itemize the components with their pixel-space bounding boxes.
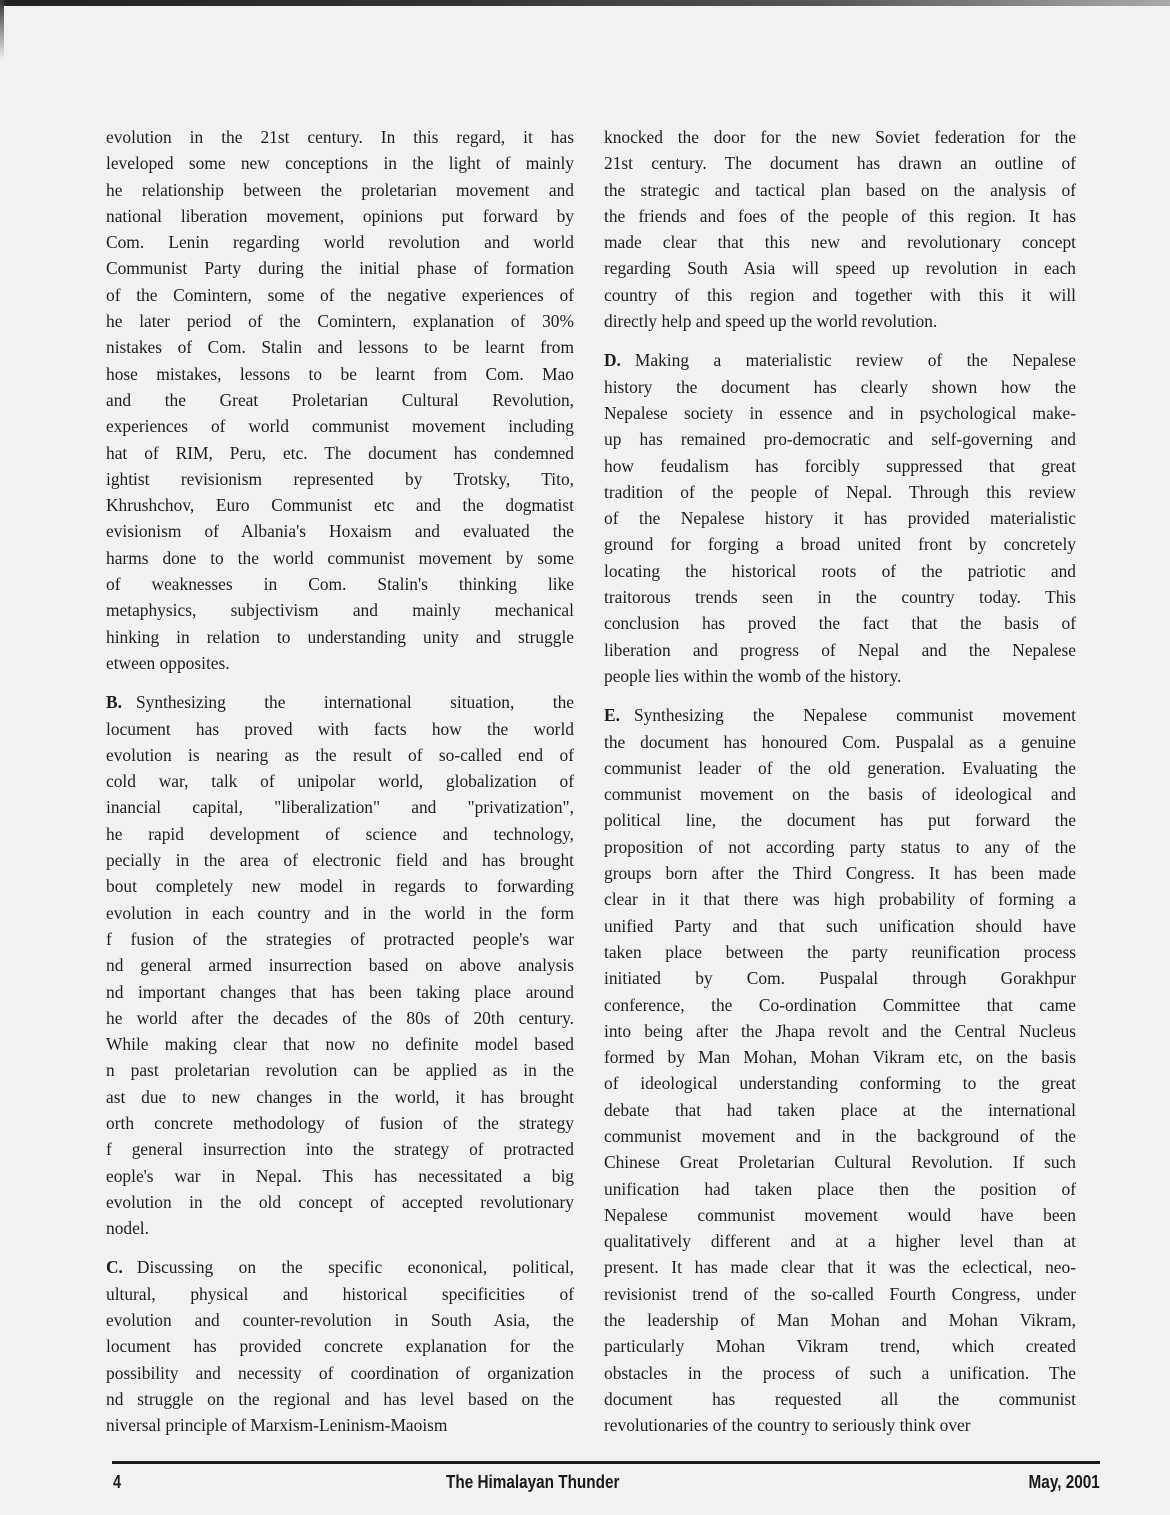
line-text: traitorous trends seen in the country to…	[604, 587, 1076, 607]
text-line: taken place between the party reunificat…	[604, 939, 1076, 965]
line-text: hose mistakes, lessons to be learnt from…	[106, 364, 574, 384]
publication-date: May, 2001	[1029, 1472, 1100, 1493]
text-line: of the Nepalese history it has provided …	[604, 505, 1076, 531]
text-line: qualitatively different and at a higher …	[604, 1228, 1076, 1254]
line-text: Nepalese society in essence and in psych…	[604, 403, 1076, 423]
line-text: evolution and counter-revolution in Sout…	[106, 1310, 574, 1330]
line-text: history the document has clearly shown h…	[604, 377, 1076, 397]
footer-rule	[112, 1461, 1100, 1464]
line-text: obstacles in the process of such a unifi…	[604, 1363, 1076, 1383]
text-line: hinking in relation to understanding uni…	[106, 624, 574, 650]
line-text: formed by Man Mohan, Mohan Vikram etc, o…	[604, 1047, 1076, 1067]
text-line: the leadership of Man Mohan and Mohan Vi…	[604, 1307, 1076, 1333]
text-line: regarding South Asia will speed up revol…	[604, 255, 1076, 281]
text-line: inancial capital, "liberalization" and "…	[106, 794, 574, 820]
text-line: Com. Lenin regarding world revolution an…	[106, 229, 574, 255]
right-column: knocked the door for the new Soviet fede…	[604, 124, 1076, 1452]
scan-edge-top	[0, 0, 1170, 6]
text-line: D.Making a materialistic review of the N…	[604, 347, 1076, 373]
text-line: the document has honoured Com. Puspalal …	[604, 729, 1076, 755]
section-label: B.	[106, 692, 122, 712]
paragraph: B.Synthesizing the international situati…	[106, 689, 574, 1241]
line-text: the leadership of Man Mohan and Mohan Vi…	[604, 1310, 1076, 1330]
text-line: and the Great Proletarian Cultural Revol…	[106, 387, 574, 413]
publication-title: The Himalayan Thunder	[446, 1472, 619, 1493]
line-text: of the Nepalese history it has provided …	[604, 508, 1076, 528]
line-text: the document has honoured Com. Puspalal …	[604, 732, 1076, 752]
section-label: D.	[604, 350, 621, 370]
text-line: 21st century. The document has drawn an …	[604, 150, 1076, 176]
text-line: orth concrete methodology of fusion of t…	[106, 1110, 574, 1136]
line-text: nodel.	[106, 1218, 149, 1238]
line-text: bout completely new model in regards to …	[106, 876, 574, 896]
line-text: locument has proved with facts how the w…	[106, 719, 574, 739]
line-text: he rapid development of science and tech…	[106, 824, 574, 844]
text-line: people lies within the womb of the histo…	[604, 663, 1076, 689]
text-line: bout completely new model in regards to …	[106, 873, 574, 899]
line-text: of the Comintern, some of the negative e…	[106, 285, 574, 305]
line-text: liberation and progress of Nepal and the…	[604, 640, 1076, 660]
line-text: hinking in relation to understanding uni…	[106, 627, 574, 647]
text-line: of weaknesses in Com. Stalin's thinking …	[106, 571, 574, 597]
line-text: niversal principle of Marxism-Leninism-M…	[106, 1415, 447, 1435]
text-line: ultural, physical and historical specifi…	[106, 1281, 574, 1307]
line-text: nd important changes that has been takin…	[106, 982, 574, 1002]
text-line: locument has provided concrete explanati…	[106, 1333, 574, 1359]
text-line: he later period of the Comintern, explan…	[106, 308, 574, 334]
line-text: Synthesizing the Nepalese communist move…	[634, 705, 1076, 725]
line-text: unification had taken place then the pos…	[604, 1179, 1076, 1199]
text-line: evolution is nearing as the result of so…	[106, 742, 574, 768]
text-line: conference, the Co-ordination Committee …	[604, 992, 1076, 1018]
text-line: national liberation movement, opinions p…	[106, 203, 574, 229]
text-line: he rapid development of science and tech…	[106, 821, 574, 847]
text-line: etween opposites.	[106, 650, 574, 676]
text-line: how feudalism has forcibly suppressed th…	[604, 453, 1076, 479]
text-line: revisionist trend of the so-called Fourt…	[604, 1281, 1076, 1307]
paragraph: knocked the door for the new Soviet fede…	[604, 124, 1076, 334]
line-text: metaphysics, subjectivism and mainly mec…	[106, 600, 574, 620]
line-text: document has requested all the communist	[604, 1389, 1076, 1409]
text-line: eople's war in Nepal. This has necessita…	[106, 1163, 574, 1189]
line-text: present. It has made clear that it was t…	[604, 1257, 1076, 1277]
text-line: of ideological understanding conforming …	[604, 1070, 1076, 1096]
text-line: particularly Mohan Vikram trend, which c…	[604, 1333, 1076, 1359]
line-text: revolutionaries of the country to seriou…	[604, 1415, 971, 1435]
text-line: debate that had taken place at the inter…	[604, 1097, 1076, 1123]
text-line: evisionism of Albania's Hoxaism and eval…	[106, 518, 574, 544]
line-text: Khrushchov, Euro Communist etc and the d…	[106, 495, 574, 515]
text-line: possibility and necessity of coordinatio…	[106, 1360, 574, 1386]
text-line: obstacles in the process of such a unifi…	[604, 1360, 1076, 1386]
paragraph: D.Making a materialistic review of the N…	[604, 347, 1076, 689]
text-line: ightist revisionism represented by Trots…	[106, 466, 574, 492]
line-text: into being after the Jhapa revolt and th…	[604, 1021, 1076, 1041]
line-text: evolution in each country and in the wor…	[106, 903, 574, 923]
line-text: orth concrete methodology of fusion of t…	[106, 1113, 574, 1133]
line-text: political line, the document has put for…	[604, 810, 1076, 830]
line-text: made clear that this new and revolutiona…	[604, 232, 1076, 252]
text-line: metaphysics, subjectivism and mainly mec…	[106, 597, 574, 623]
text-line: C.Discussing on the specific econonical,…	[106, 1254, 574, 1280]
text-line: locument has proved with facts how the w…	[106, 716, 574, 742]
line-text: Synthesizing the international situation…	[136, 692, 574, 712]
line-text: f fusion of the strategies of protracted…	[106, 929, 574, 949]
text-line: niversal principle of Marxism-Leninism-M…	[106, 1412, 574, 1438]
text-line: made clear that this new and revolutiona…	[604, 229, 1076, 255]
line-text: ground for forging a broad united front …	[604, 534, 1076, 554]
text-line: nodel.	[106, 1215, 574, 1241]
line-text: locating the historical roots of the pat…	[604, 561, 1076, 581]
text-line: directly help and speed up the world rev…	[604, 308, 1076, 334]
line-text: 21st century. The document has drawn an …	[604, 153, 1076, 173]
line-text: unified Party and that such unification …	[604, 916, 1076, 936]
text-line: Nepalese communist movement would have b…	[604, 1202, 1076, 1228]
line-text: people lies within the womb of the histo…	[604, 666, 901, 686]
line-text: ightist revisionism represented by Trots…	[106, 469, 574, 489]
line-text: the strategic and tactical plan based on…	[604, 180, 1076, 200]
line-text: qualitatively different and at a higher …	[604, 1231, 1076, 1251]
line-text: how feudalism has forcibly suppressed th…	[604, 456, 1076, 476]
text-line: present. It has made clear that it was t…	[604, 1254, 1076, 1280]
line-text: Chinese Great Proletarian Cultural Revol…	[604, 1152, 1076, 1172]
line-text: he later period of the Comintern, explan…	[106, 311, 574, 331]
line-text: leveloped some new conceptions in the li…	[106, 153, 574, 173]
line-text: evolution in the 21st century. In this r…	[106, 127, 574, 147]
text-line: Nepalese society in essence and in psych…	[604, 400, 1076, 426]
text-line: cold war, talk of unipolar world, global…	[106, 768, 574, 794]
text-line: the friends and foes of the people of th…	[604, 203, 1076, 229]
text-line: harms done to the world communist moveme…	[106, 545, 574, 571]
line-text: conference, the Co-ordination Committee …	[604, 995, 1076, 1015]
line-text: groups born after the Third Congress. It…	[604, 863, 1076, 883]
text-line: conclusion has proved the fact that the …	[604, 610, 1076, 636]
line-text: directly help and speed up the world rev…	[604, 311, 937, 331]
line-text: of ideological understanding conforming …	[604, 1073, 1076, 1093]
text-line: leveloped some new conceptions in the li…	[106, 150, 574, 176]
line-text: f general insurrection into the strategy…	[106, 1139, 574, 1159]
line-text: knocked the door for the new Soviet fede…	[604, 127, 1076, 147]
line-text: up has remained pro-democratic and self-…	[604, 429, 1076, 449]
text-line: communist movement and in the background…	[604, 1123, 1076, 1149]
line-text: hat of RIM, Peru, etc. The document has …	[106, 443, 574, 463]
text-line: up has remained pro-democratic and self-…	[604, 426, 1076, 452]
text-line: communist movement on the basis of ideol…	[604, 781, 1076, 807]
text-line: the strategic and tactical plan based on…	[604, 177, 1076, 203]
line-text: Com. Lenin regarding world revolution an…	[106, 232, 574, 252]
line-text: the friends and foes of the people of th…	[604, 206, 1076, 226]
text-line: evolution in each country and in the wor…	[106, 900, 574, 926]
line-text: national liberation movement, opinions p…	[106, 206, 574, 226]
paragraph: C.Discussing on the specific econonical,…	[106, 1254, 574, 1438]
text-line: nd struggle on the regional and has leve…	[106, 1386, 574, 1412]
line-text: nistakes of Com. Stalin and lessons to b…	[106, 337, 574, 357]
text-line: experiences of world communist movement …	[106, 413, 574, 439]
text-line: While making clear that now no definite …	[106, 1031, 574, 1057]
line-text: locument has provided concrete explanati…	[106, 1336, 574, 1356]
text-line: revolutionaries of the country to seriou…	[604, 1412, 1076, 1438]
text-line: Chinese Great Proletarian Cultural Revol…	[604, 1149, 1076, 1175]
line-text: harms done to the world communist moveme…	[106, 548, 574, 568]
line-text: he world after the decades of the 80s of…	[106, 1008, 574, 1028]
line-text: Communist Party during the initial phase…	[106, 258, 574, 278]
text-line: knocked the door for the new Soviet fede…	[604, 124, 1076, 150]
line-text: conclusion has proved the fact that the …	[604, 613, 1076, 633]
text-line: of the Comintern, some of the negative e…	[106, 282, 574, 308]
line-text: communist movement on the basis of ideol…	[604, 784, 1076, 804]
line-text: Discussing on the specific econonical, p…	[137, 1257, 574, 1277]
line-text: eople's war in Nepal. This has necessita…	[106, 1166, 574, 1186]
text-line: communist leader of the old generation. …	[604, 755, 1076, 781]
text-line: evolution in the 21st century. In this r…	[106, 124, 574, 150]
section-label: C.	[106, 1257, 123, 1277]
text-line: f fusion of the strategies of protracted…	[106, 926, 574, 952]
text-line: ast due to new changes in the world, it …	[106, 1084, 574, 1110]
line-text: ultural, physical and historical specifi…	[106, 1284, 574, 1304]
left-column: evolution in the 21st century. In this r…	[106, 124, 574, 1452]
line-text: communist leader of the old generation. …	[604, 758, 1076, 778]
scan-edge-left	[0, 0, 4, 60]
text-line: Communist Party during the initial phase…	[106, 255, 574, 281]
text-line: country of this region and together with…	[604, 282, 1076, 308]
line-text: taken place between the party reunificat…	[604, 942, 1076, 962]
page-number: 4	[113, 1472, 121, 1493]
text-line: initiated by Com. Puspalal through Gorak…	[604, 965, 1076, 991]
line-text: Nepalese communist movement would have b…	[604, 1205, 1076, 1225]
text-line: he world after the decades of the 80s of…	[106, 1005, 574, 1031]
line-text: communist movement and in the background…	[604, 1126, 1076, 1146]
line-text: ast due to new changes in the world, it …	[106, 1087, 574, 1107]
text-line: nd important changes that has been takin…	[106, 979, 574, 1005]
text-line: evolution in the old concept of accepted…	[106, 1189, 574, 1215]
text-line: clear in it that there was high probabil…	[604, 886, 1076, 912]
text-line: history the document has clearly shown h…	[604, 374, 1076, 400]
line-text: experiences of world communist movement …	[106, 416, 574, 436]
line-text: evisionism of Albania's Hoxaism and eval…	[106, 521, 574, 541]
line-text: Making a materialistic review of the Nep…	[635, 350, 1076, 370]
text-line: evolution and counter-revolution in Sout…	[106, 1307, 574, 1333]
text-line: Khrushchov, Euro Communist etc and the d…	[106, 492, 574, 518]
line-text: evolution in the old concept of accepted…	[106, 1192, 574, 1212]
text-line: traitorous trends seen in the country to…	[604, 584, 1076, 610]
line-text: country of this region and together with…	[604, 285, 1076, 305]
line-text: While making clear that now no definite …	[106, 1034, 574, 1054]
text-line: nistakes of Com. Stalin and lessons to b…	[106, 334, 574, 360]
text-line: document has requested all the communist	[604, 1386, 1076, 1412]
page-footer: 4 The Himalayan Thunder May, 2001	[112, 1470, 1100, 1500]
line-text: cold war, talk of unipolar world, global…	[106, 771, 574, 791]
line-text: of weaknesses in Com. Stalin's thinking …	[106, 574, 574, 594]
line-text: etween opposites.	[106, 653, 230, 673]
line-text: revisionist trend of the so-called Fourt…	[604, 1284, 1076, 1304]
line-text: nd general armed insurrection based on a…	[106, 955, 574, 975]
line-text: nd struggle on the regional and has leve…	[106, 1389, 574, 1409]
line-text: he relationship between the proletarian …	[106, 180, 574, 200]
line-text: proposition of not according party statu…	[604, 837, 1076, 857]
text-line: groups born after the Third Congress. It…	[604, 860, 1076, 886]
line-text: regarding South Asia will speed up revol…	[604, 258, 1076, 278]
line-text: tradition of the people of Nepal. Throug…	[604, 482, 1076, 502]
text-line: he relationship between the proletarian …	[106, 177, 574, 203]
line-text: debate that had taken place at the inter…	[604, 1100, 1076, 1120]
text-line: hose mistakes, lessons to be learnt from…	[106, 361, 574, 387]
line-text: clear in it that there was high probabil…	[604, 889, 1076, 909]
text-line: formed by Man Mohan, Mohan Vikram etc, o…	[604, 1044, 1076, 1070]
magazine-page: evolution in the 21st century. In this r…	[0, 0, 1170, 1515]
text-line: political line, the document has put for…	[604, 807, 1076, 833]
text-line: unified Party and that such unification …	[604, 913, 1076, 939]
text-line: locating the historical roots of the pat…	[604, 558, 1076, 584]
text-line: unification had taken place then the pos…	[604, 1176, 1076, 1202]
text-line: tradition of the people of Nepal. Throug…	[604, 479, 1076, 505]
text-line: proposition of not according party statu…	[604, 834, 1076, 860]
line-text: pecially in the area of electronic field…	[106, 850, 574, 870]
text-line: f general insurrection into the strategy…	[106, 1136, 574, 1162]
line-text: inancial capital, "liberalization" and "…	[106, 797, 574, 817]
text-line: hat of RIM, Peru, etc. The document has …	[106, 440, 574, 466]
line-text: possibility and necessity of coordinatio…	[106, 1363, 574, 1383]
text-line: E.Synthesizing the Nepalese communist mo…	[604, 702, 1076, 728]
text-line: pecially in the area of electronic field…	[106, 847, 574, 873]
section-label: E.	[604, 705, 620, 725]
line-text: particularly Mohan Vikram trend, which c…	[604, 1336, 1076, 1356]
text-line: nd general armed insurrection based on a…	[106, 952, 574, 978]
line-text: initiated by Com. Puspalal through Gorak…	[604, 968, 1076, 988]
paragraph: evolution in the 21st century. In this r…	[106, 124, 574, 676]
paragraph: E.Synthesizing the Nepalese communist mo…	[604, 702, 1076, 1438]
text-line: into being after the Jhapa revolt and th…	[604, 1018, 1076, 1044]
line-text: n past proletarian revolution can be app…	[106, 1060, 574, 1080]
line-text: evolution is nearing as the result of so…	[106, 745, 574, 765]
line-text: and the Great Proletarian Cultural Revol…	[106, 390, 574, 410]
text-line: ground for forging a broad united front …	[604, 531, 1076, 557]
text-line: liberation and progress of Nepal and the…	[604, 637, 1076, 663]
text-line: B.Synthesizing the international situati…	[106, 689, 574, 715]
text-line: n past proletarian revolution can be app…	[106, 1057, 574, 1083]
